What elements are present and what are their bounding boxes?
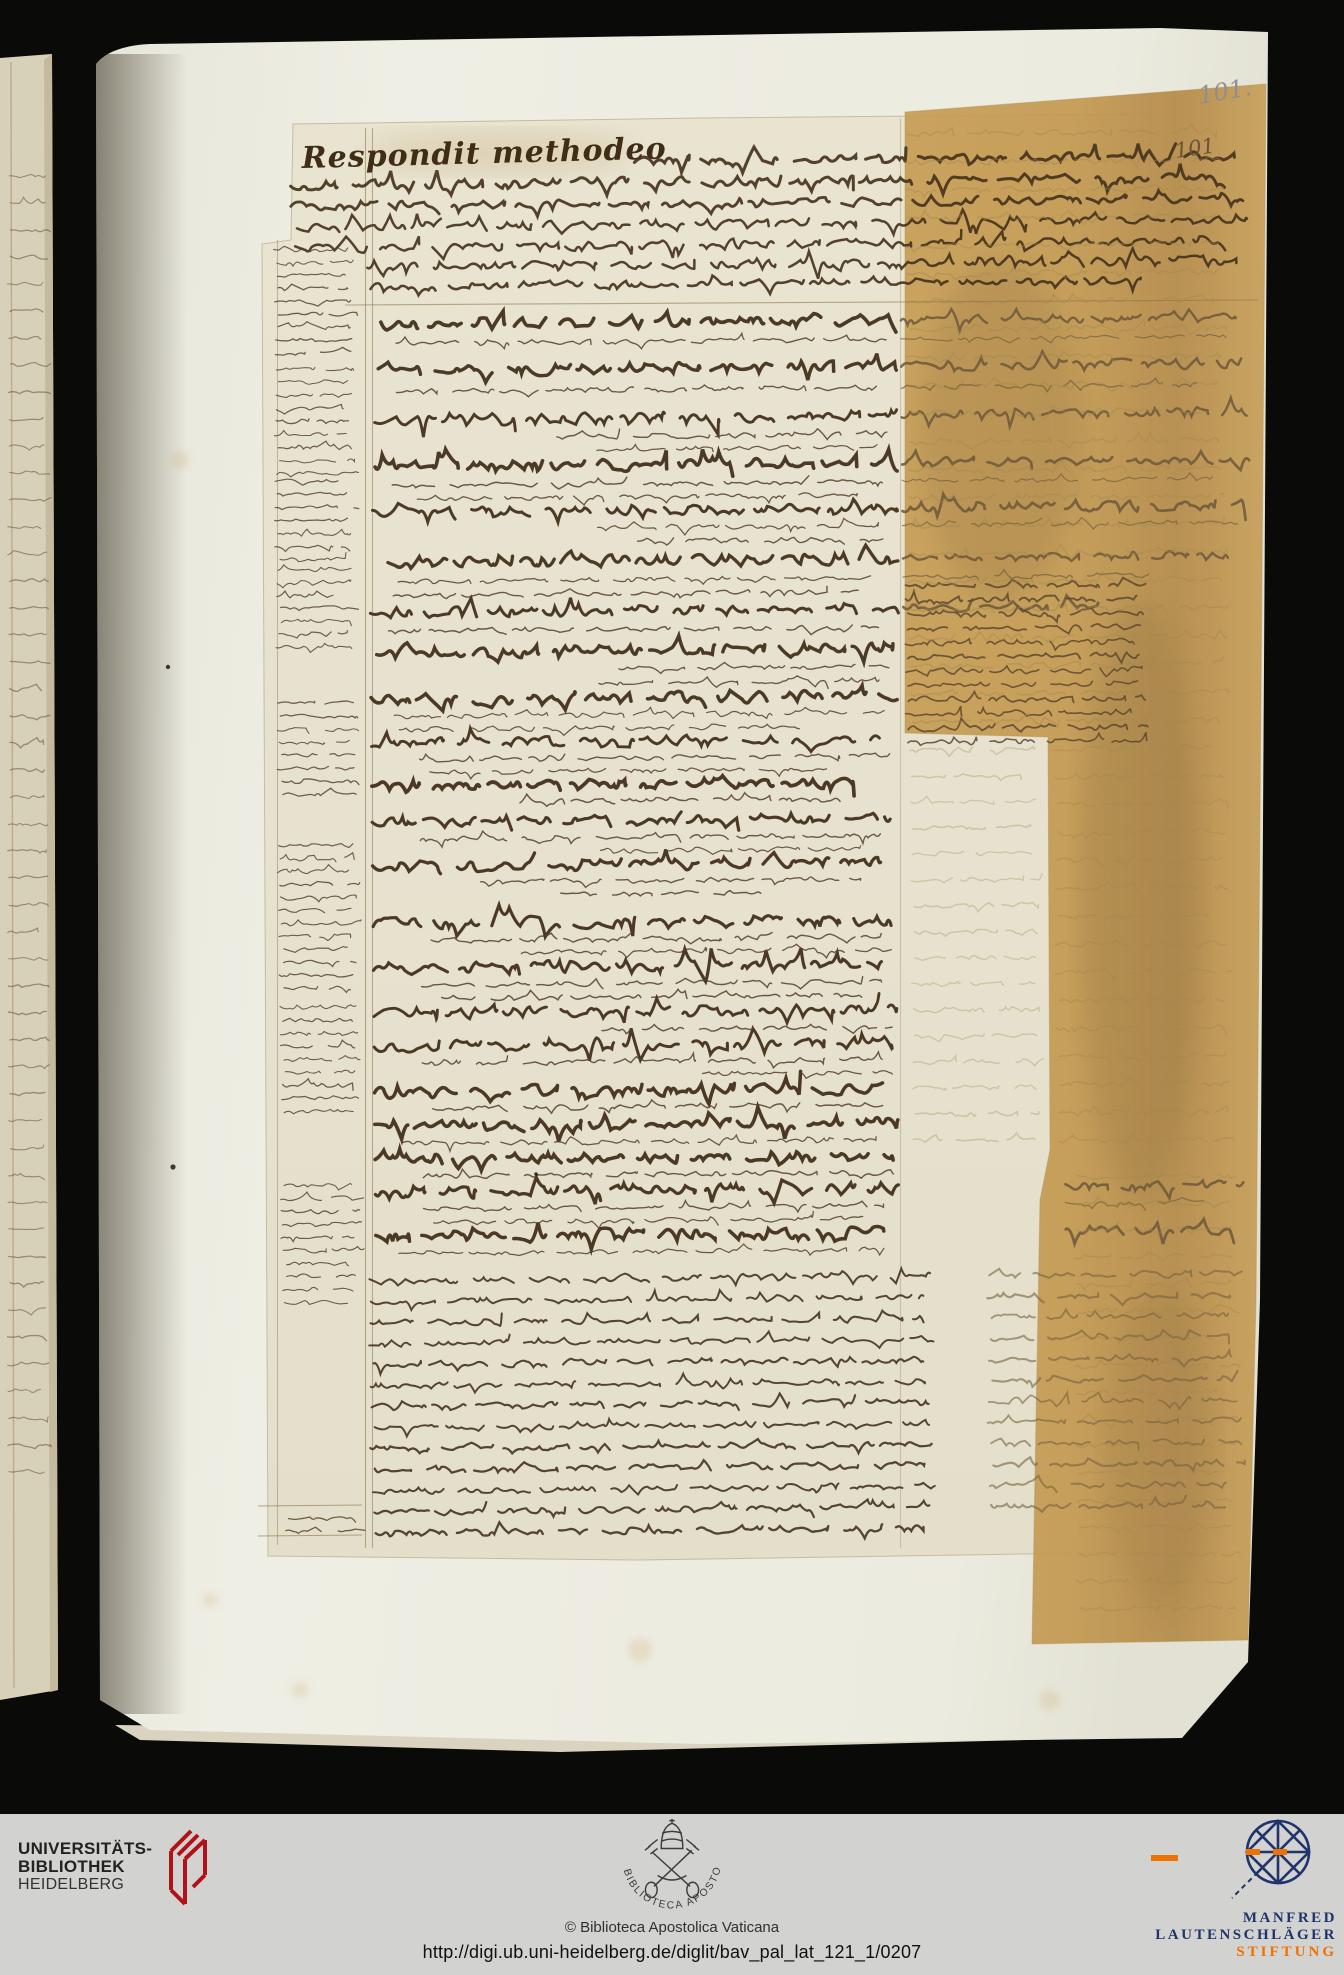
lautenschlaeger-label: MANFRED LAUTENSCHLÄGER STIFTUNG [1107,1910,1337,1961]
source-url: http://digi.ub.uni-heidelberg.de/diglit/… [362,1942,982,1963]
mls-line1: MANFRED [1107,1910,1337,1927]
mls-line3: STIFTUNG [1107,1944,1337,1961]
ub-heidelberg-book-logo-icon [166,1826,218,1910]
lautenschlaeger-globe-logo-icon [1226,1818,1316,1906]
vatican-emblem-icon: BIBLIOTECA APOSTOLICA VATICANA [609,1816,735,1917]
ub-line1: UNIVERSITÄTS- [18,1840,152,1858]
logo-dash-icon [1151,1855,1178,1861]
digitized-manuscript-viewer: Respondit methodeo 101. 101 UNIVERSITÄTS… [0,0,1344,1975]
ub-line3: HEIDELBERG [18,1876,152,1894]
footer-bar: UNIVERSITÄTS- BIBLIOTHEK HEIDELBERG [0,1814,1344,1975]
ub-heidelberg-label: UNIVERSITÄTS- BIBLIOTHEK HEIDELBERG [18,1840,152,1894]
ub-line2: BIBLIOTHEK [18,1858,152,1876]
lautenschlaeger-block: MANFRED LAUTENSCHLÄGER STIFTUNG [1110,1814,1340,1975]
svg-text:BIBLIOTECA APOSTOLICA VATICANA: BIBLIOTECA APOSTOLICA VATICANA [609,1816,724,1911]
mls-line2: LAUTENSCHLÄGER [1107,1927,1337,1944]
vatican-copyright: © Biblioteca Apostolica Vaticana [362,1919,982,1936]
ub-heidelberg-block: UNIVERSITÄTS- BIBLIOTHEK HEIDELBERG [18,1840,218,1910]
left-page-edges [0,54,58,1700]
vatican-arc-text: BIBLIOTECA APOSTOLICA VATICANA [609,1816,724,1911]
vatican-block: BIBLIOTECA APOSTOLICA VATICANA © Bibliot… [362,1814,982,1963]
manuscript-scan: Respondit methodeo 101. 101 [0,0,1344,1814]
